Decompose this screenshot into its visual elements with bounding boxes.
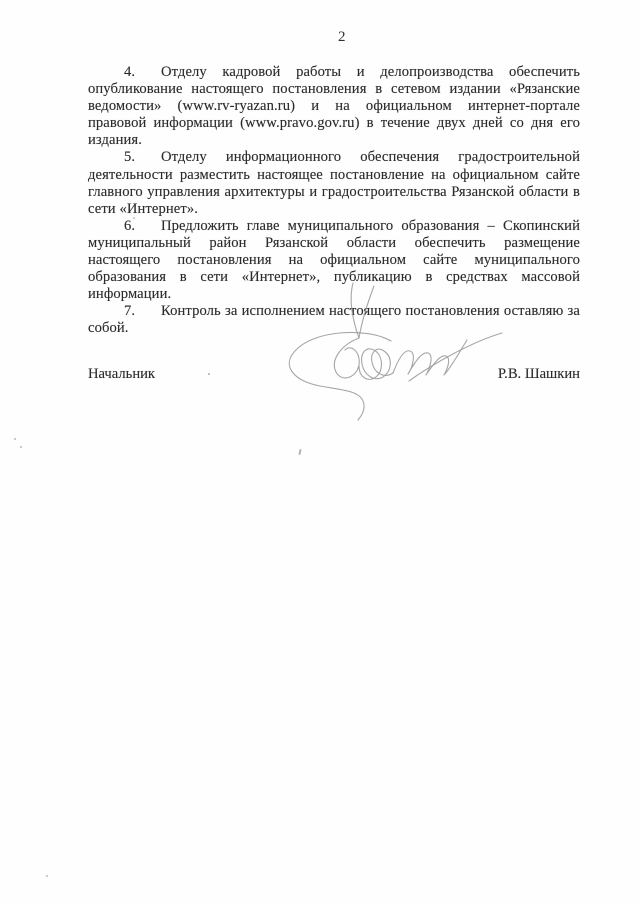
paragraph-4-text: Отделу кадровой работы и делопроизводств… (88, 64, 580, 148)
scan-speck (208, 373, 210, 375)
scan-speck (14, 438, 16, 440)
scan-speck (20, 446, 22, 448)
signature-upper-strokes (351, 283, 374, 338)
paragraph-4: 4.Отделу кадровой работы и делопроизводс… (88, 64, 580, 149)
paragraph-6-number: 6. (124, 218, 161, 235)
signoff-row: Начальник Р.В. Шашкин (88, 366, 580, 383)
paragraph-7-number: 7. (124, 303, 161, 320)
paragraph-5: 5.Отделу информационного обеспечения гра… (88, 149, 580, 217)
paragraph-5-text: Отделу информационного обеспечения градо… (88, 149, 580, 216)
scanned-document-page: 2 4.Отделу кадровой работы и делопроизво… (0, 0, 640, 905)
handwritten-signature (281, 280, 505, 422)
paragraph-4-number: 4. (124, 64, 161, 81)
paragraph-5-number: 5. (124, 149, 161, 166)
page-number: 2 (338, 29, 346, 46)
scan-speck (298, 449, 301, 455)
signer-name: Р.В. Шашкин (498, 366, 580, 383)
signer-role: Начальник (88, 366, 155, 383)
scan-speck (133, 217, 135, 219)
scan-speck (46, 875, 48, 877)
